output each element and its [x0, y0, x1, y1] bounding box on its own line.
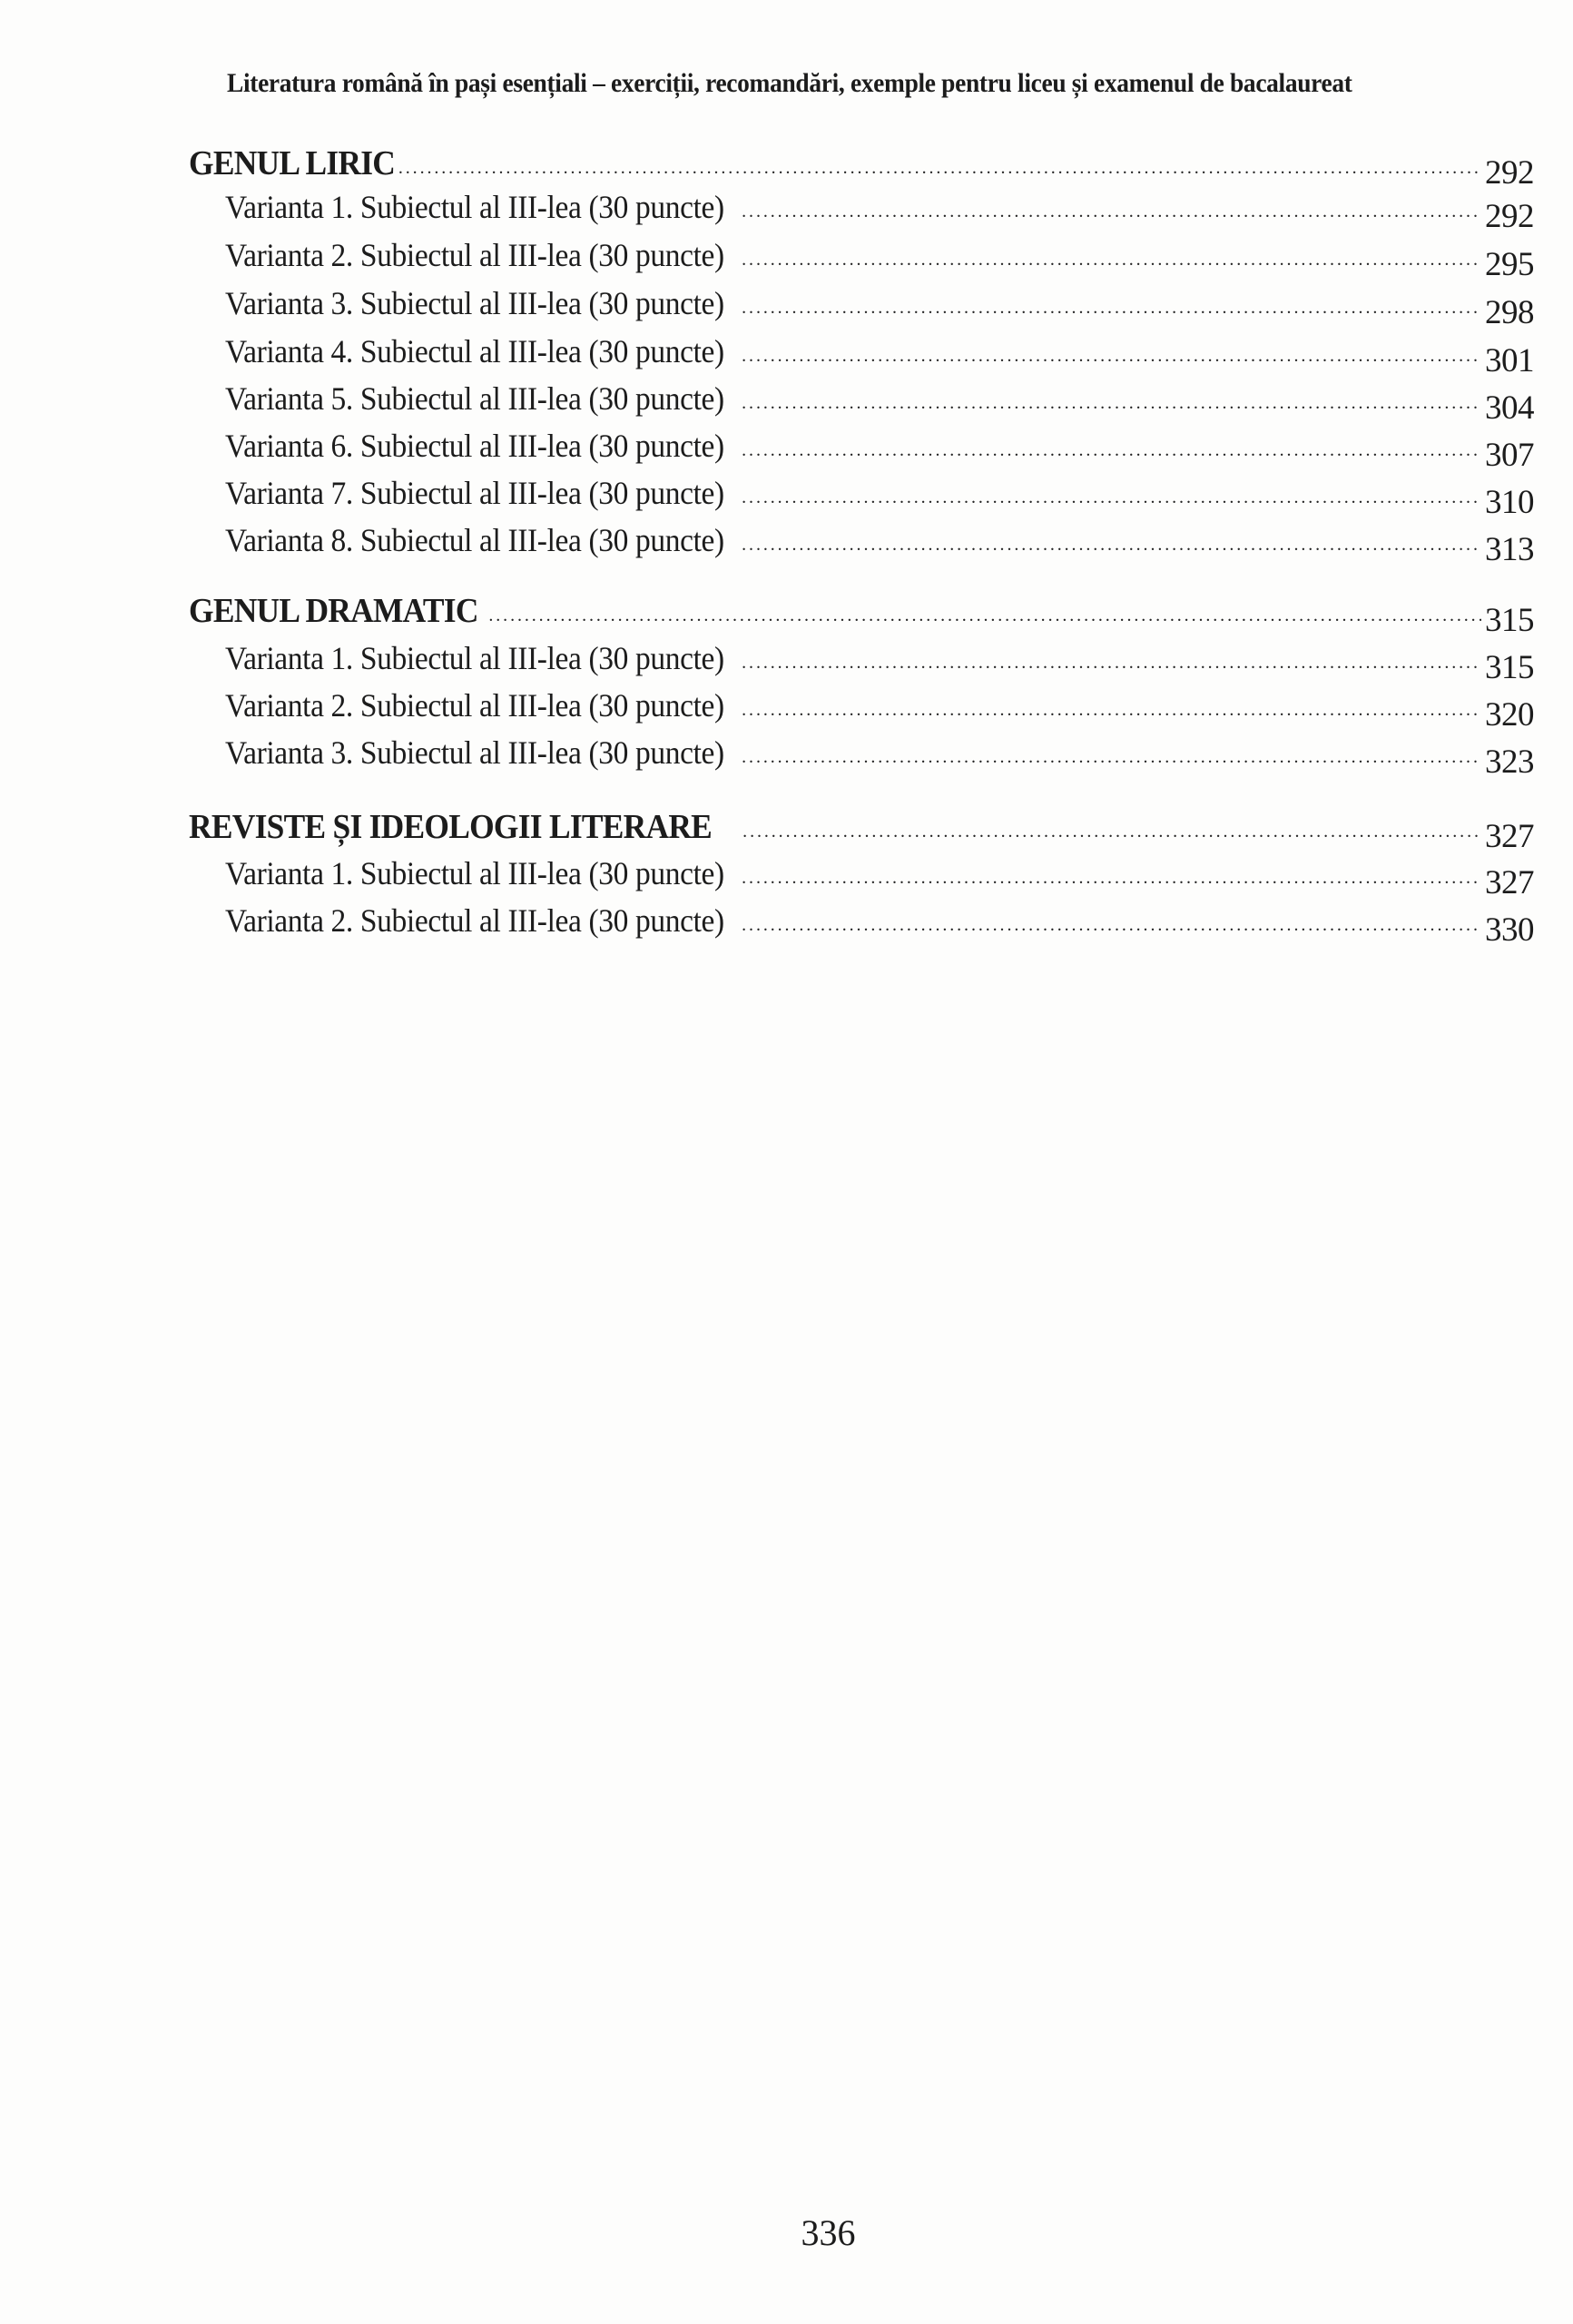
entry-page: 327: [1485, 863, 1534, 902]
toc-entry[interactable]: Varianta 7. Subiectul al III-lea (30 pun…: [225, 474, 1534, 513]
dot-leader: [742, 747, 1481, 768]
dot-leader: [398, 158, 1481, 179]
toc-entry[interactable]: Varianta 3. Subiectul al III-lea (30 pun…: [225, 734, 1534, 773]
entry-page: 315: [1485, 648, 1534, 687]
entry-title: Varianta 2. Subiectul al III-lea (30 pun…: [225, 901, 724, 940]
entry-title: Varianta 2. Subiectul al III-lea (30 pun…: [225, 686, 724, 724]
toc-entry[interactable]: Varianta 3. Subiectul al III-lea (30 pun…: [225, 284, 1534, 323]
dot-leader: [742, 487, 1481, 508]
toc-entry[interactable]: Varianta 1. Subiectul al III-lea (30 pun…: [225, 188, 1534, 227]
dot-leader: [742, 393, 1481, 414]
dot-leader: [742, 700, 1481, 721]
dot-leader: [742, 298, 1481, 319]
section-title: GENUL DRAMATIC: [189, 591, 478, 631]
toc-entry[interactable]: Varianta 2. Subiectul al III-lea (30 pun…: [225, 901, 1534, 940]
entry-page: 323: [1485, 743, 1534, 782]
toc-section-heading[interactable]: GENUL DRAMATIC 315: [189, 591, 1534, 631]
dot-leader: [742, 535, 1481, 556]
dot-leader: [742, 440, 1481, 461]
toc-section-heading[interactable]: REVISTE ȘI IDEOLOGII LITERARE 327: [189, 807, 1534, 847]
section-page: 315: [1485, 601, 1534, 640]
entry-title: Varianta 3. Subiectul al III-lea (30 pun…: [225, 734, 724, 772]
toc-entry[interactable]: Varianta 2. Subiectul al III-lea (30 pun…: [225, 686, 1534, 725]
toc-entry[interactable]: Varianta 2. Subiectul al III-lea (30 pun…: [225, 236, 1534, 275]
entry-title: Varianta 4. Subiectul al III-lea (30 pun…: [225, 332, 724, 370]
entry-title: Varianta 6. Subiectul al III-lea (30 pun…: [225, 427, 724, 465]
toc-entry[interactable]: Varianta 6. Subiectul al III-lea (30 pun…: [225, 427, 1534, 466]
entry-page: 313: [1485, 530, 1534, 569]
entry-page: 301: [1485, 341, 1534, 380]
entry-page: 307: [1485, 436, 1534, 475]
entry-page: 295: [1485, 245, 1534, 284]
entry-page: 330: [1485, 911, 1534, 950]
section-title: REVISTE ȘI IDEOLOGII LITERARE: [189, 807, 712, 847]
entry-title: Varianta 1. Subiectul al III-lea (30 pun…: [225, 639, 724, 677]
page-number: 336: [0, 2211, 1573, 2254]
entry-title: Varianta 1. Subiectul al III-lea (30 pun…: [225, 188, 724, 226]
entry-page: 320: [1485, 695, 1534, 734]
toc-entry[interactable]: Varianta 8. Subiectul al III-lea (30 pun…: [225, 521, 1534, 560]
toc-entry[interactable]: Varianta 1. Subiectul al III-lea (30 pun…: [225, 854, 1534, 893]
dot-leader: [742, 653, 1481, 674]
entry-title: Varianta 2. Subiectul al III-lea (30 pun…: [225, 236, 724, 274]
toc-section-heading[interactable]: GENUL LIRIC 292: [189, 143, 1534, 183]
entry-title: Varianta 5. Subiectul al III-lea (30 pun…: [225, 379, 724, 418]
entry-title: Varianta 1. Subiectul al III-lea (30 pun…: [225, 854, 724, 892]
entry-title: Varianta 3. Subiectul al III-lea (30 pun…: [225, 284, 724, 322]
toc-entry[interactable]: Varianta 5. Subiectul al III-lea (30 pun…: [225, 379, 1534, 419]
entry-page: 304: [1485, 389, 1534, 428]
entry-title: Varianta 8. Subiectul al III-lea (30 pun…: [225, 521, 724, 559]
entry-page: 292: [1485, 197, 1534, 236]
dot-leader: [742, 250, 1481, 271]
toc-entry[interactable]: Varianta 1. Subiectul al III-lea (30 pun…: [225, 639, 1534, 678]
running-head: Literatura română în pași esențiali – ex…: [227, 69, 1436, 99]
entry-page: 310: [1485, 483, 1534, 522]
section-title: GENUL LIRIC: [189, 143, 395, 183]
section-page: 292: [1485, 153, 1534, 192]
toc-entry[interactable]: Varianta 4. Subiectul al III-lea (30 pun…: [225, 332, 1534, 371]
dot-leader: [742, 346, 1481, 367]
dot-leader: [742, 822, 1481, 842]
section-page: 327: [1485, 817, 1534, 856]
page-number-text: 336: [801, 2212, 856, 2253]
dot-leader: [742, 202, 1481, 222]
entry-title: Varianta 7. Subiectul al III-lea (30 pun…: [225, 474, 724, 512]
dot-leader: [742, 915, 1481, 936]
entry-page: 298: [1485, 293, 1534, 332]
dot-leader: [742, 868, 1481, 889]
dot-leader: [488, 606, 1481, 626]
